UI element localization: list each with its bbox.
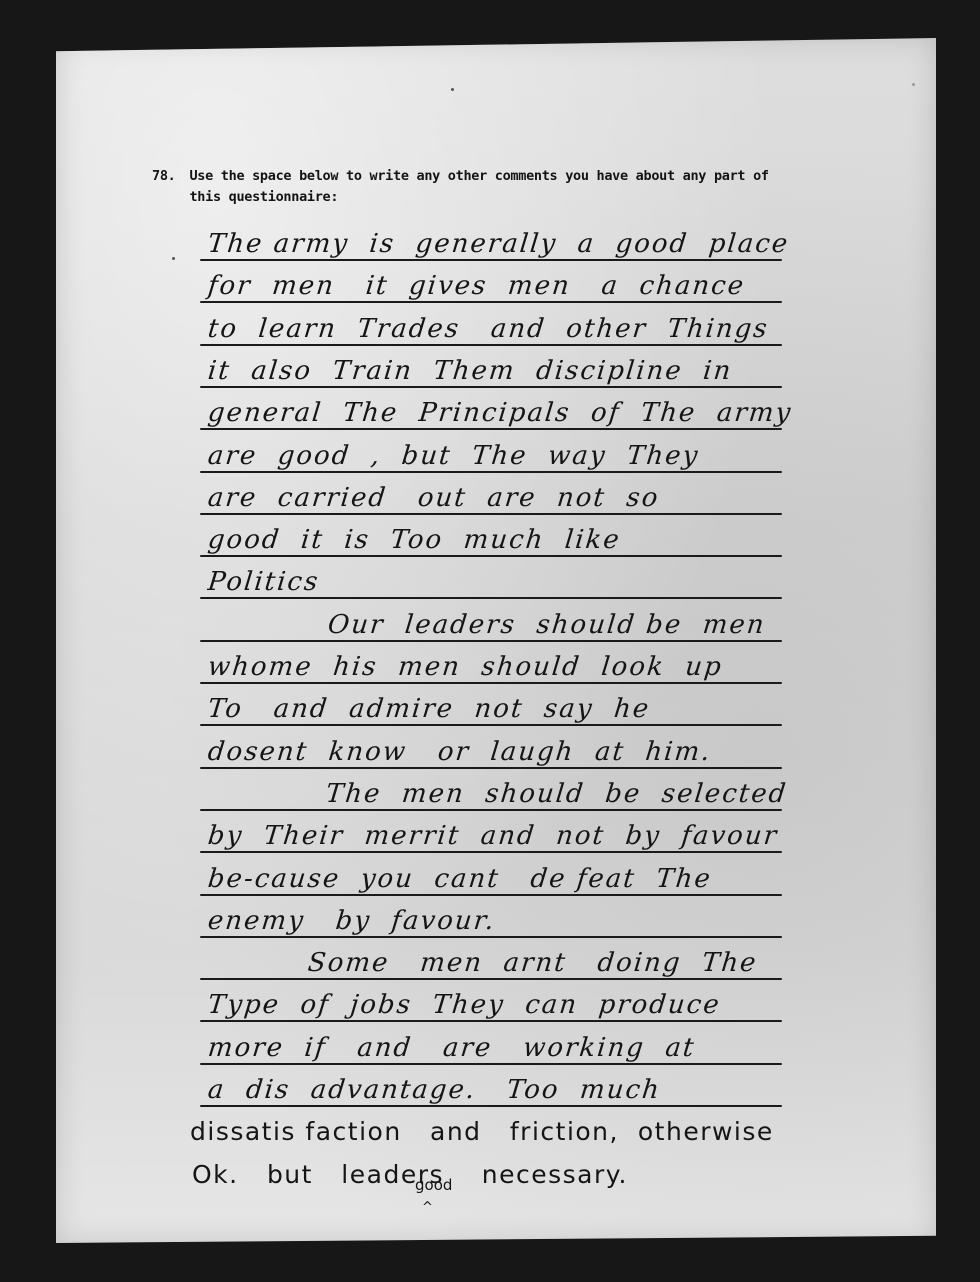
question-text: Use the space below to write any other c… — [189, 166, 789, 208]
handwritten-line: general The Principals of The army — [206, 398, 793, 428]
handwritten-line: Politics — [206, 567, 321, 597]
ruled-line — [200, 851, 782, 853]
ruled-line — [200, 513, 782, 515]
ruled-line — [200, 978, 782, 980]
handwritten-line: are carried out are not so — [206, 483, 661, 513]
handwritten-line: it also Train Them discipline in — [206, 356, 733, 386]
paper-speck — [172, 257, 175, 260]
handwritten-line: Type of jobs They can produce — [206, 990, 722, 1020]
ruled-line — [200, 428, 782, 430]
question-prompt: 78. Use the space below to write any oth… — [152, 166, 789, 208]
handwritten-line: to learn Trades and other Things — [206, 314, 770, 344]
handwritten-line: dosent know or laugh at him. — [206, 737, 713, 767]
question-number: 78. — [152, 166, 175, 208]
ruled-line — [200, 301, 782, 303]
ruled-line — [200, 724, 782, 726]
handwritten-line: good it is Too much like — [206, 525, 622, 555]
handwritten-line: Some men arnt doing The — [306, 948, 759, 978]
ruled-line — [200, 809, 782, 811]
handwritten-line: The army is generally a good place — [206, 229, 790, 259]
insertion-word: good — [415, 1176, 452, 1194]
handwritten-line: are good , but The way They — [206, 441, 700, 471]
handwritten-line: To and admire not say he — [206, 694, 651, 724]
handwritten-line: for men it gives men a chance — [206, 271, 746, 301]
handwritten-line: whome his men should look up — [206, 652, 724, 682]
handwritten-line: by Their merrit and not by favour — [206, 821, 779, 851]
handwritten-line: The men should be selected — [324, 779, 788, 809]
scanned-page: 78. Use the space below to write any oth… — [0, 0, 980, 1282]
paper-speck — [451, 88, 454, 91]
insertion-caret: ^ — [422, 1200, 433, 1215]
handwritten-line: more if and are working at — [206, 1033, 697, 1063]
ruled-line — [200, 682, 782, 684]
ruled-line — [200, 259, 782, 261]
handwritten-line: Our leaders should be men — [326, 610, 767, 640]
paper-speck — [912, 83, 915, 86]
ruled-line — [200, 1105, 782, 1107]
handwritten-line: be-cause you cant de feat The — [206, 864, 713, 894]
handwritten-line: enemy by favour. — [206, 906, 497, 936]
handwritten-line: dissatis faction and friction, otherwise — [190, 1117, 774, 1147]
ruled-line — [200, 936, 782, 938]
ruled-line — [200, 386, 782, 388]
ruled-line — [200, 555, 782, 557]
handwritten-line: Ok. but leaders necessary. — [192, 1160, 628, 1190]
handwritten-line: a dis advantage. Too much — [206, 1075, 662, 1105]
